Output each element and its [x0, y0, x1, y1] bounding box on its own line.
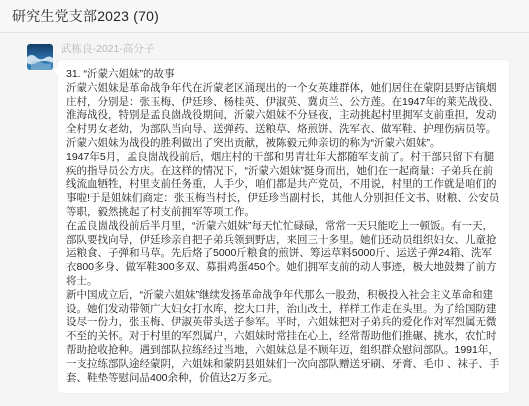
message: 武栋良-2021-高分子 31. “沂蒙六姐妹”的故事 沂蒙六姐妹是革命战争年代…: [27, 44, 529, 393]
message-list[interactable]: 武栋良-2021-高分子 31. “沂蒙六姐妹”的故事 沂蒙六姐妹是革命战争年代…: [0, 33, 529, 393]
bubble-arrow: [53, 67, 58, 75]
chat-window: 研究生党支部2023 (70): [0, 0, 529, 406]
avatar[interactable]: [27, 44, 53, 70]
message-content: 武栋良-2021-高分子 31. “沂蒙六姐妹”的故事 沂蒙六姐妹是革命战争年代…: [58, 44, 509, 393]
message-bubble[interactable]: 31. “沂蒙六姐妹”的故事 沂蒙六姐妹是革命战争年代在沂蒙老区涌现出的一个女英…: [58, 60, 509, 393]
chat-header: 研究生党支部2023 (70): [0, 0, 529, 33]
message-paragraph: 31. “沂蒙六姐妹”的故事: [66, 68, 501, 82]
sea-wave-image: [27, 44, 53, 70]
message-paragraph: 1947年5月，孟良崮战役前后，烟庄村的干部和男青壮年大都随军支前了。村干部只留…: [66, 151, 501, 220]
message-paragraph: 沂蒙六姐妹是革命战争年代在沂蒙老区涌现出的一个女英雄群体，她们居住在蒙阴县野店镇…: [66, 82, 501, 151]
sender-name: 武栋良-2021-高分子: [61, 43, 509, 56]
message-paragraph: 在孟良崮战役前后半月里，“沂蒙六姐妹”每天忙忙碌碌，常常一天只能吃上一顿饭。有一…: [66, 220, 501, 289]
message-paragraph: 新中国成立后，“沂蒙六姐妹”继续发扬革命战争年代那么一股劲，积极投入社会主义革命…: [66, 289, 501, 386]
chat-title: 研究生党支部2023 (70): [12, 6, 159, 26]
